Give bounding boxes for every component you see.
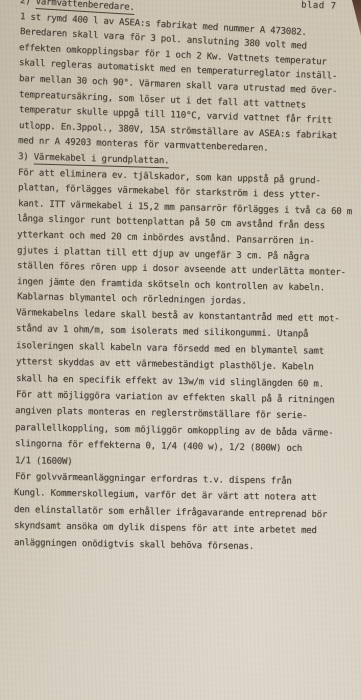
document-line: Kablarnas blymantel och rörledningen jor… [16, 291, 246, 308]
line-text: stånd av 1 ohm/m, som isolerats med sili… [16, 324, 308, 340]
document-line: stånd av 1 ohm/m, som isolerats med sili… [16, 323, 308, 341]
line-text: ställen föres rören upp i dosor avseende… [17, 261, 346, 278]
line-text: ytterst skyddas av ett värmebeständigt p… [16, 357, 314, 372]
line-text: För golvvärmeanläggningar erfordras t.v.… [15, 472, 292, 487]
line-text: skyndsamt ansöka om dylik dispens för at… [14, 521, 317, 536]
line-text: anläggningen onödigtvis skall behöva för… [14, 538, 254, 552]
document-line: skall ha en specifik effekt av 13w/m vid… [16, 373, 324, 391]
document-line: 1/1 (1600W) [15, 455, 73, 468]
line-text: ingen jämte den framtida skötseln och ko… [17, 277, 325, 293]
scanned-document-page: blad 7 2) Varmvattenberedare.1 st rymd 4… [0, 0, 361, 700]
line-text: Kungl. Kommerskollegium, varför det är v… [14, 488, 317, 503]
line-text: För att möjliggöra variation av effekten… [15, 390, 333, 406]
section-number: 3) [18, 152, 34, 162]
line-text: angiven plats monteras en reglerströmstä… [15, 406, 307, 421]
line-text: ytterkant och med 20 cm inbördes avstånd… [17, 230, 315, 247]
document-line: den elinstallatör som erhåller ifrågavar… [14, 504, 327, 521]
line-text: parallellkoppling, som möjliggör omkoppl… [15, 423, 333, 438]
document-line: Kungl. Kommerskollegium, varför det är v… [14, 487, 317, 504]
line-text: den elinstallatör som erhåller ifrågavar… [14, 505, 327, 520]
document-line: anläggningen onödigtvis skall behöva för… [14, 537, 254, 553]
line-text: Värmekabelns ledare skall bestå av konst… [16, 308, 340, 324]
document-line: angiven plats monteras en reglerströmstä… [15, 405, 307, 422]
section-heading: 3) Värmekabel i grundplattan. [18, 151, 170, 167]
page-corner-shadow [352, 0, 361, 36]
line-text: Kablarnas blymantel och rörledningen jor… [16, 292, 246, 307]
line-text: långa slingor runt bottenplattan på 50 c… [17, 214, 325, 231]
document-line: slingorna för effekterna 0, 1/4 (400 w),… [15, 438, 302, 455]
section-title-underlined: Värmekabel i grundplattan. [34, 152, 170, 167]
document-line: För att möjliggöra variation av effekten… [15, 389, 333, 407]
document-line: skyndsamt ansöka om dylik dispens för at… [14, 520, 317, 537]
document-line: För golvvärmeanläggningar erfordras t.v.… [14, 471, 291, 488]
line-text: skall ha en specifik effekt av 13w/m vid… [16, 374, 324, 390]
document-line: ytterkant och med 20 cm inbördes avstånd… [17, 229, 315, 248]
line-text: isoleringen skall kabeln vara försedd me… [16, 341, 324, 357]
document-line: ytterst skyddas av ett värmebeständigt p… [16, 356, 314, 373]
line-text: slingorna för effekterna 0, 1/4 (400 w),… [15, 439, 302, 454]
line-text: gjutes i plattan till ett djup av ungefä… [17, 246, 309, 262]
sheet-number-label: blad 7 [301, 0, 337, 11]
section-number: 2) [20, 0, 36, 7]
document-line: isoleringen skall kabeln vara försedd me… [16, 340, 324, 358]
document-line: parallellkoppling, som möjliggör omkoppl… [15, 422, 333, 439]
line-text: 1/1 (1600W) [15, 456, 73, 467]
document-line: Värmekabelns ledare skall bestå av konst… [16, 307, 340, 325]
